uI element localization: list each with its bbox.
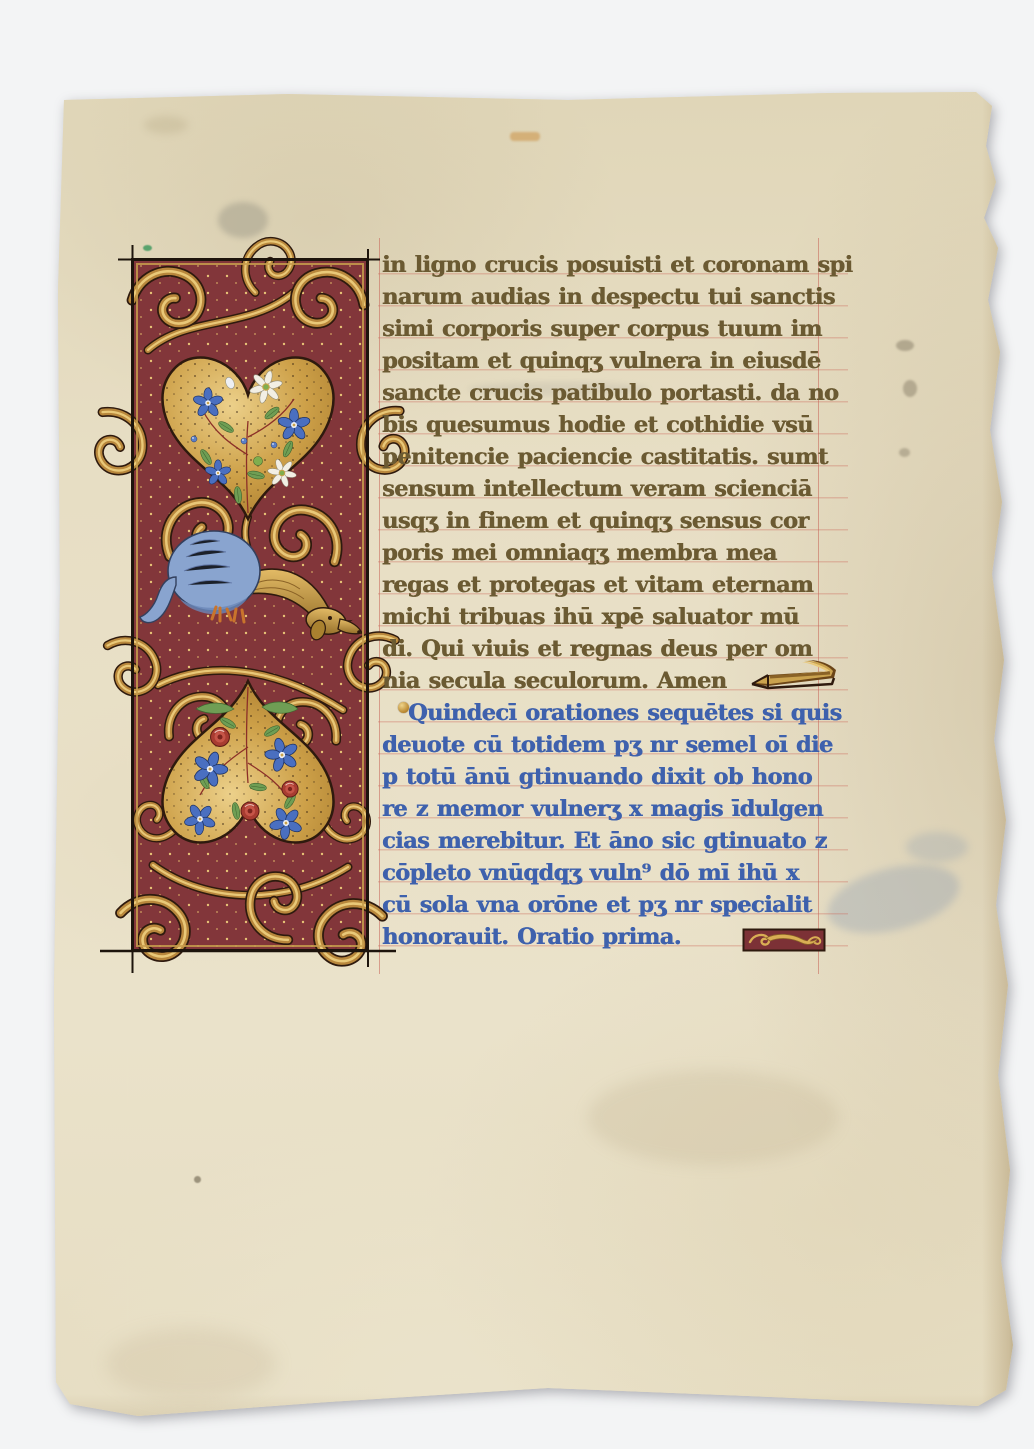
text-column: in ligno crucis posuisti et coronam spin… <box>382 250 834 962</box>
stain <box>218 202 268 238</box>
text-line: cū sola vna orōne et pʒ nr specialit <box>382 890 834 922</box>
stain <box>588 1070 838 1165</box>
text-line: positam et quinqʒ vulnera in eiusdē <box>382 346 834 378</box>
line-filler-gold-twig <box>748 658 840 698</box>
text-line: sensum intellectum veram scienciā <box>382 474 834 506</box>
text-line: poris mei omniaqʒ membra mea <box>382 538 834 570</box>
text-line: simi corporis super corpus tuum im <box>382 314 834 346</box>
text-line: p totū ānū gtinuando dixit ob hono <box>382 762 834 794</box>
stain <box>899 448 910 457</box>
ruling-vertical-left <box>379 238 380 974</box>
manuscript-scan: in ligno crucis posuisti et coronam spin… <box>0 0 1034 1449</box>
text-line: Quindecī orationes sequētes si quis <box>382 698 834 730</box>
stain <box>143 245 152 251</box>
stain <box>896 340 914 351</box>
stain <box>144 116 188 134</box>
gold-paraph-dot <box>398 702 409 713</box>
text-line: regas et protegas et vitam eternam <box>382 570 834 602</box>
text-line: penitencie paciencie castitatis. sumt <box>382 442 834 474</box>
border-panel-art <box>128 255 372 955</box>
text-line: in ligno crucis posuisti et coronam spi <box>382 250 834 282</box>
stain <box>510 132 540 141</box>
stain <box>194 1176 201 1183</box>
stain <box>906 832 968 862</box>
text-line: deuote cū totidem pʒ nr semel oī die <box>382 730 834 762</box>
text-line: narum audias in despectu tui sanctis <box>382 282 834 314</box>
text-line: bis quesumus hodie et cothidie vsū <box>382 410 834 442</box>
illuminated-border-panel <box>128 255 372 955</box>
line-filler-maroon-bar <box>742 926 826 954</box>
stain <box>106 1328 276 1400</box>
stain <box>903 380 917 397</box>
text-line: cōpleto vnūqdqʒ vuln⁹ dō mī ihū x <box>382 858 834 890</box>
text-line: re z memor vulnerʒ x magis īdulgen <box>382 794 834 826</box>
vellum-leaf: in ligno crucis posuisti et coronam spin… <box>48 90 1016 1424</box>
text-line: michi tribuas ihū xpē saluator mū <box>382 602 834 634</box>
leaf-shadow-wrap: in ligno crucis posuisti et coronam spin… <box>0 0 1034 1449</box>
text-line: usqʒ in finem et quinqʒ sensus cor <box>382 506 834 538</box>
text-line: cias merebitur. Et āno sic gtinuato z <box>382 826 834 858</box>
text-line: sancte crucis patibulo portasti. da no <box>382 378 834 410</box>
